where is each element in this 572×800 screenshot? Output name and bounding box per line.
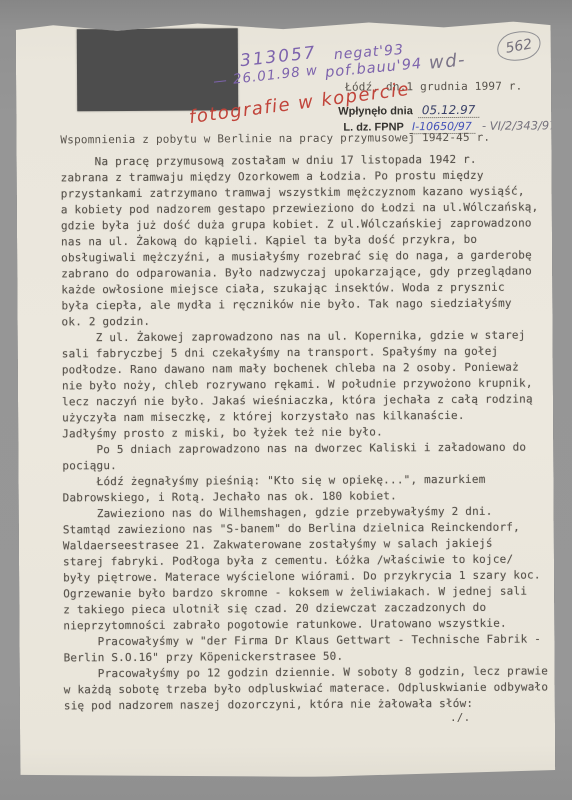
page-number: 562 [504,36,533,57]
handwritten-pencil-note: wd- [428,49,467,73]
continuation-mark: ./. [450,711,471,724]
document-title: Wspomnienia z pobytu w Berlinie na pracy… [60,131,490,147]
page-number-circle: 562 [495,28,543,64]
scanned-page: 562 313057 — 26.01.98 w negat'93 pof.bau… [16,18,556,778]
redaction-box [77,28,238,111]
document-body: Na pracę przymusową zostałam w dniu 17 l… [61,151,549,714]
ref-suffix-pencil: - VI/2/343/97 [480,118,557,132]
